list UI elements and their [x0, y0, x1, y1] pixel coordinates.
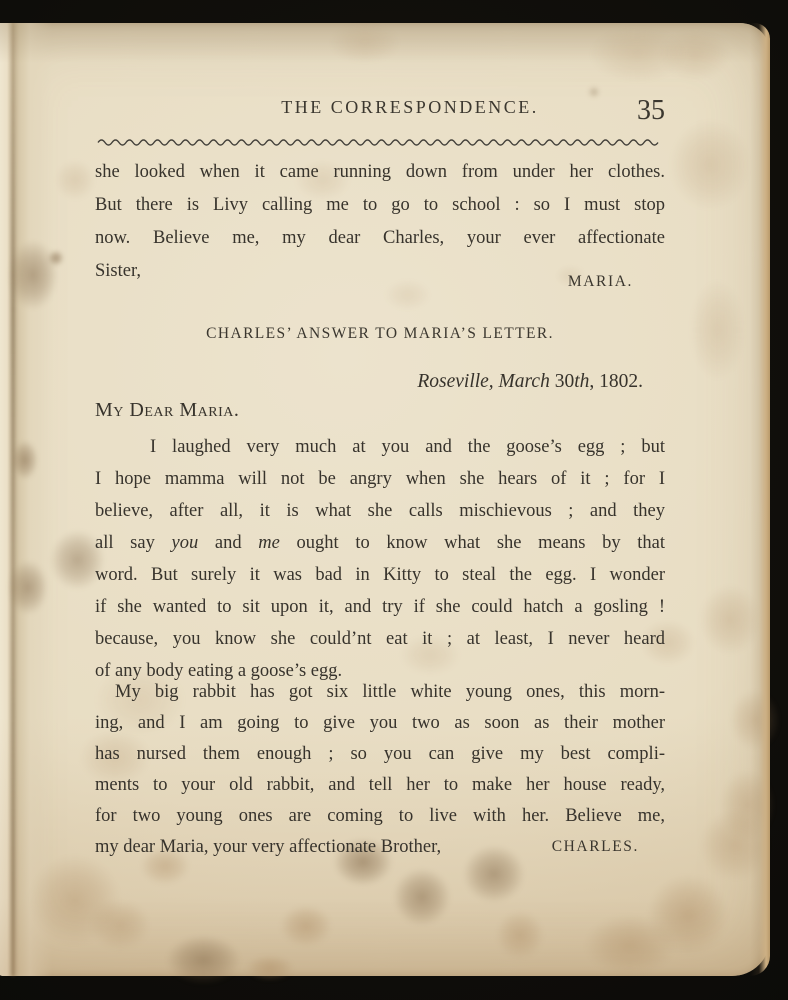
top-shading: [0, 23, 770, 63]
text-column: THE CORRESPONDENCE. 35 she looked when i…: [95, 97, 665, 856]
text-line: I hope mamma will not be angry when she …: [95, 463, 665, 495]
salutation: My Dear Maria.: [95, 397, 665, 424]
text-line: ments to your old rabbit, and tell her t…: [95, 770, 665, 801]
text-line: word. But surely it was bad in Kitty to …: [95, 559, 665, 591]
text-line: But there is Livy calling me to go to sc…: [95, 189, 665, 222]
text-line: if she wanted to sit upon it, and try if…: [95, 591, 665, 623]
wavy-rule: [97, 137, 661, 146]
dateline: Roseville, March 30th, 1802.: [95, 369, 665, 395]
paragraph-one: I laughed very much at you and the goose…: [95, 431, 665, 687]
running-head: THE CORRESPONDENCE.: [281, 97, 539, 118]
text-line: now. Believe me, my dear Charles, your e…: [95, 222, 665, 255]
text-line: My big rabbit has got six little white y…: [95, 677, 665, 708]
paragraph-two: My big rabbit has got six little white y…: [95, 677, 665, 863]
section-heading: CHARLES’ ANSWER TO MARIA’S LETTER.: [95, 325, 665, 343]
stain: [670, 120, 750, 210]
text-line: ing, and I am going to give you two as s…: [95, 708, 665, 739]
page-number: 35: [637, 95, 665, 127]
book-page: THE CORRESPONDENCE. 35 she looked when i…: [0, 23, 770, 976]
text-line: all say you and me ought to know what sh…: [95, 527, 665, 559]
photo-background: THE CORRESPONDENCE. 35 she looked when i…: [0, 0, 788, 1000]
text-line: believe, after all, it is what she calls…: [95, 495, 665, 527]
text-line: has nursed them enough ; so you can give…: [95, 739, 665, 770]
signature-maria: MARIA.: [95, 273, 665, 291]
stain: [55, 160, 95, 200]
text-line: for two young ones are coming to live wi…: [95, 801, 665, 832]
maria-letter-ending: she looked when it came running down fro…: [95, 156, 665, 288]
text-line: I laughed very much at you and the goose…: [95, 431, 665, 463]
text-line: because, you know she could’nt eat it ; …: [95, 623, 665, 655]
stain: [690, 280, 745, 380]
stain: [700, 585, 760, 655]
header-row: THE CORRESPONDENCE. 35: [95, 97, 665, 137]
text-line: she looked when it came running down fro…: [95, 156, 665, 189]
